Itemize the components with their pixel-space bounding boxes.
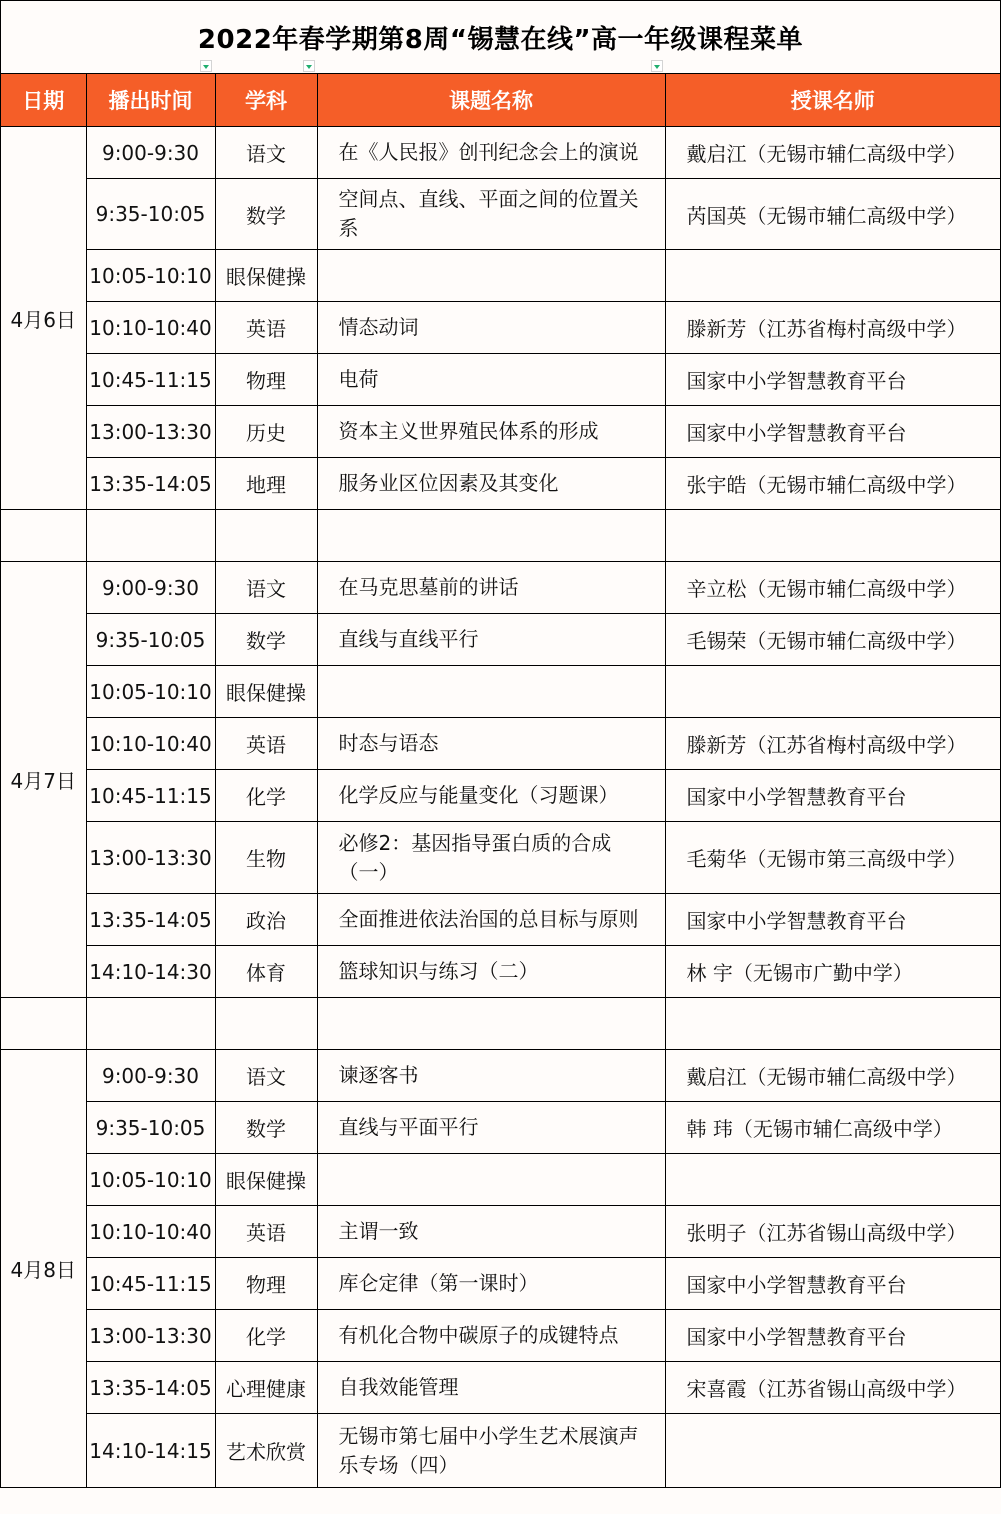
- column-header-date: 日期: [1, 74, 86, 127]
- teacher-cell: 辛立松（无锡市辅仁高级中学）: [665, 562, 1000, 614]
- time-cell: 13:00-13:30: [86, 822, 215, 894]
- teacher-cell: 国家中小学智慧教育平台: [665, 1310, 1000, 1362]
- empty-cell: [215, 510, 317, 562]
- subject-cell: 语文: [215, 127, 317, 179]
- table-row: 9:35-10:05数学直线与平面平行韩 玮（无锡市辅仁高级中学）: [1, 1102, 1000, 1154]
- subject-cell: 物理: [215, 1258, 317, 1310]
- time-cell: 10:45-11:15: [86, 354, 215, 406]
- table-header-row: 日期 播出时间 学科 课题名称 授课名师: [1, 74, 1000, 127]
- date-cell: 4月6日: [1, 127, 86, 510]
- topic-cell: 全面推进依法治国的总目标与原则: [317, 894, 665, 946]
- title-row: 2022年春学期第8周“锡慧在线”高一年级课程菜单: [1, 1, 1000, 74]
- subject-cell: 英语: [215, 302, 317, 354]
- topic-cell: 时态与语态: [317, 718, 665, 770]
- table-row: 10:10-10:40英语情态动词滕新芳（江苏省梅村高级中学）: [1, 302, 1000, 354]
- column-header-teacher: 授课名师: [665, 74, 1000, 127]
- time-cell: 13:00-13:30: [86, 1310, 215, 1362]
- table-row: 4月7日9:00-9:30语文在马克思墓前的讲话辛立松（无锡市辅仁高级中学）: [1, 562, 1000, 614]
- column-header-subject: 学科: [215, 74, 317, 127]
- teacher-cell: [665, 1154, 1000, 1206]
- table-row: 9:35-10:05数学空间点、直线、平面之间的位置关系芮国英（无锡市辅仁高级中…: [1, 179, 1000, 250]
- table-row: 10:10-10:40英语主谓一致张明子（江苏省锡山高级中学）: [1, 1206, 1000, 1258]
- teacher-cell: 毛菊华（无锡市第三高级中学）: [665, 822, 1000, 894]
- date-cell: 4月8日: [1, 1050, 86, 1488]
- topic-cell: 谏逐客书: [317, 1050, 665, 1102]
- topic-cell: 自我效能管理: [317, 1362, 665, 1414]
- teacher-cell: 林 宇（无锡市广勤中学）: [665, 946, 1000, 998]
- empty-cell: [1, 998, 86, 1050]
- table-row: 10:45-11:15化学化学反应与能量变化（习题课）国家中小学智慧教育平台: [1, 770, 1000, 822]
- topic-cell: 库仑定律（第一课时）: [317, 1258, 665, 1310]
- topic-cell: 在《人民报》创刊纪念会上的演说: [317, 127, 665, 179]
- topic-cell: 篮球知识与练习（二）: [317, 946, 665, 998]
- subject-cell: 政治: [215, 894, 317, 946]
- time-cell: 9:35-10:05: [86, 1102, 215, 1154]
- empty-cell: [1, 510, 86, 562]
- subject-cell: 体育: [215, 946, 317, 998]
- empty-cell: [317, 510, 665, 562]
- teacher-cell: [665, 1414, 1000, 1488]
- time-cell: 10:10-10:40: [86, 1206, 215, 1258]
- spacer-row: [1, 998, 1000, 1050]
- empty-cell: [86, 998, 215, 1050]
- topic-cell: 必修2：基因指导蛋白质的合成（一）: [317, 822, 665, 894]
- time-cell: 13:35-14:05: [86, 458, 215, 510]
- subject-cell: 化学: [215, 1310, 317, 1362]
- table-row: 10:45-11:15物理电荷国家中小学智慧教育平台: [1, 354, 1000, 406]
- subject-cell: 历史: [215, 406, 317, 458]
- topic-cell: [317, 666, 665, 718]
- filter-dropdown-icon[interactable]: [303, 60, 315, 72]
- subject-cell: 数学: [215, 179, 317, 250]
- topic-cell: 资本主义世界殖民体系的形成: [317, 406, 665, 458]
- teacher-cell: 滕新芳（江苏省梅村高级中学）: [665, 302, 1000, 354]
- topic-cell: 直线与直线平行: [317, 614, 665, 666]
- subject-cell: 地理: [215, 458, 317, 510]
- empty-cell: [86, 510, 215, 562]
- time-cell: 9:00-9:30: [86, 1050, 215, 1102]
- time-cell: 10:10-10:40: [86, 718, 215, 770]
- subject-cell: 数学: [215, 1102, 317, 1154]
- teacher-cell: 国家中小学智慧教育平台: [665, 1258, 1000, 1310]
- subject-cell: 心理健康: [215, 1362, 317, 1414]
- teacher-cell: 张宇皓（无锡市辅仁高级中学）: [665, 458, 1000, 510]
- topic-cell: 在马克思墓前的讲话: [317, 562, 665, 614]
- teacher-cell: 国家中小学智慧教育平台: [665, 406, 1000, 458]
- filter-dropdown-icon[interactable]: [651, 60, 663, 72]
- table-body: 4月6日9:00-9:30语文在《人民报》创刊纪念会上的演说戴启江（无锡市辅仁高…: [1, 127, 1000, 1488]
- table-row: 10:45-11:15物理库仑定律（第一课时）国家中小学智慧教育平台: [1, 1258, 1000, 1310]
- time-cell: 9:00-9:30: [86, 127, 215, 179]
- table-row: 9:35-10:05数学直线与直线平行毛锡荣（无锡市辅仁高级中学）: [1, 614, 1000, 666]
- table-row: 13:35-14:05心理健康自我效能管理宋喜霞（江苏省锡山高级中学）: [1, 1362, 1000, 1414]
- table-row: 14:10-14:30体育篮球知识与练习（二）林 宇（无锡市广勤中学）: [1, 946, 1000, 998]
- filter-dropdown-icon[interactable]: [200, 60, 212, 72]
- teacher-cell: 滕新芳（江苏省梅村高级中学）: [665, 718, 1000, 770]
- teacher-cell: [665, 666, 1000, 718]
- subject-cell: 语文: [215, 1050, 317, 1102]
- subject-cell: 物理: [215, 354, 317, 406]
- teacher-cell: 国家中小学智慧教育平台: [665, 770, 1000, 822]
- time-cell: 13:00-13:30: [86, 406, 215, 458]
- page-title: 2022年春学期第8周“锡慧在线”高一年级课程菜单: [1, 19, 1000, 56]
- table-row: 4月8日9:00-9:30语文谏逐客书戴启江（无锡市辅仁高级中学）: [1, 1050, 1000, 1102]
- topic-cell: 无锡市第七届中小学生艺术展演声乐专场（四）: [317, 1414, 665, 1488]
- empty-cell: [665, 998, 1000, 1050]
- topic-cell: 有机化合物中碳原子的成键特点: [317, 1310, 665, 1362]
- teacher-cell: 韩 玮（无锡市辅仁高级中学）: [665, 1102, 1000, 1154]
- table-row: 14:10-14:15艺术欣赏无锡市第七届中小学生艺术展演声乐专场（四）: [1, 1414, 1000, 1488]
- subject-cell: 化学: [215, 770, 317, 822]
- subject-cell: 艺术欣赏: [215, 1414, 317, 1488]
- topic-cell: [317, 250, 665, 302]
- column-header-time: 播出时间: [86, 74, 215, 127]
- schedule-sheet: 2022年春学期第8周“锡慧在线”高一年级课程菜单 日期 播出时间 学科 课题名…: [0, 0, 1001, 1488]
- table-row: 13:00-13:30历史资本主义世界殖民体系的形成国家中小学智慧教育平台: [1, 406, 1000, 458]
- topic-cell: 电荷: [317, 354, 665, 406]
- time-cell: 9:35-10:05: [86, 614, 215, 666]
- time-cell: 13:35-14:05: [86, 894, 215, 946]
- subject-cell: 眼保健操: [215, 666, 317, 718]
- teacher-cell: 芮国英（无锡市辅仁高级中学）: [665, 179, 1000, 250]
- teacher-cell: 戴启江（无锡市辅仁高级中学）: [665, 127, 1000, 179]
- teacher-cell: 张明子（江苏省锡山高级中学）: [665, 1206, 1000, 1258]
- time-cell: 10:10-10:40: [86, 302, 215, 354]
- table-row: 13:00-13:30生物必修2：基因指导蛋白质的合成（一）毛菊华（无锡市第三高…: [1, 822, 1000, 894]
- topic-cell: [317, 1154, 665, 1206]
- subject-cell: 英语: [215, 1206, 317, 1258]
- teacher-cell: 毛锡荣（无锡市辅仁高级中学）: [665, 614, 1000, 666]
- topic-cell: 情态动词: [317, 302, 665, 354]
- date-cell: 4月7日: [1, 562, 86, 998]
- subject-cell: 眼保健操: [215, 1154, 317, 1206]
- table-row: 13:35-14:05地理服务业区位因素及其变化张宇皓（无锡市辅仁高级中学）: [1, 458, 1000, 510]
- empty-cell: [665, 510, 1000, 562]
- table-row: 10:05-10:10眼保健操: [1, 1154, 1000, 1206]
- topic-cell: 主谓一致: [317, 1206, 665, 1258]
- spacer-row: [1, 510, 1000, 562]
- time-cell: 13:35-14:05: [86, 1362, 215, 1414]
- teacher-cell: 戴启江（无锡市辅仁高级中学）: [665, 1050, 1000, 1102]
- empty-cell: [317, 998, 665, 1050]
- table-row: 10:05-10:10眼保健操: [1, 250, 1000, 302]
- subject-cell: 英语: [215, 718, 317, 770]
- schedule-table: 日期 播出时间 学科 课题名称 授课名师 4月6日9:00-9:30语文在《人民…: [1, 74, 1000, 1488]
- table-row: 10:10-10:40英语时态与语态滕新芳（江苏省梅村高级中学）: [1, 718, 1000, 770]
- time-cell: 10:45-11:15: [86, 1258, 215, 1310]
- teacher-cell: 宋喜霞（江苏省锡山高级中学）: [665, 1362, 1000, 1414]
- topic-cell: 空间点、直线、平面之间的位置关系: [317, 179, 665, 250]
- subject-cell: 语文: [215, 562, 317, 614]
- time-cell: 10:05-10:10: [86, 666, 215, 718]
- table-row: 4月6日9:00-9:30语文在《人民报》创刊纪念会上的演说戴启江（无锡市辅仁高…: [1, 127, 1000, 179]
- column-header-topic: 课题名称: [317, 74, 665, 127]
- subject-cell: 生物: [215, 822, 317, 894]
- time-cell: 10:05-10:10: [86, 1154, 215, 1206]
- empty-cell: [215, 998, 317, 1050]
- time-cell: 14:10-14:30: [86, 946, 215, 998]
- subject-cell: 眼保健操: [215, 250, 317, 302]
- time-cell: 14:10-14:15: [86, 1414, 215, 1488]
- time-cell: 10:45-11:15: [86, 770, 215, 822]
- topic-cell: 服务业区位因素及其变化: [317, 458, 665, 510]
- subject-cell: 数学: [215, 614, 317, 666]
- time-cell: 9:00-9:30: [86, 562, 215, 614]
- teacher-cell: [665, 250, 1000, 302]
- time-cell: 9:35-10:05: [86, 179, 215, 250]
- teacher-cell: 国家中小学智慧教育平台: [665, 894, 1000, 946]
- teacher-cell: 国家中小学智慧教育平台: [665, 354, 1000, 406]
- topic-cell: 化学反应与能量变化（习题课）: [317, 770, 665, 822]
- table-row: 13:00-13:30化学有机化合物中碳原子的成键特点国家中小学智慧教育平台: [1, 1310, 1000, 1362]
- topic-cell: 直线与平面平行: [317, 1102, 665, 1154]
- table-row: 13:35-14:05政治全面推进依法治国的总目标与原则国家中小学智慧教育平台: [1, 894, 1000, 946]
- time-cell: 10:05-10:10: [86, 250, 215, 302]
- table-row: 10:05-10:10眼保健操: [1, 666, 1000, 718]
